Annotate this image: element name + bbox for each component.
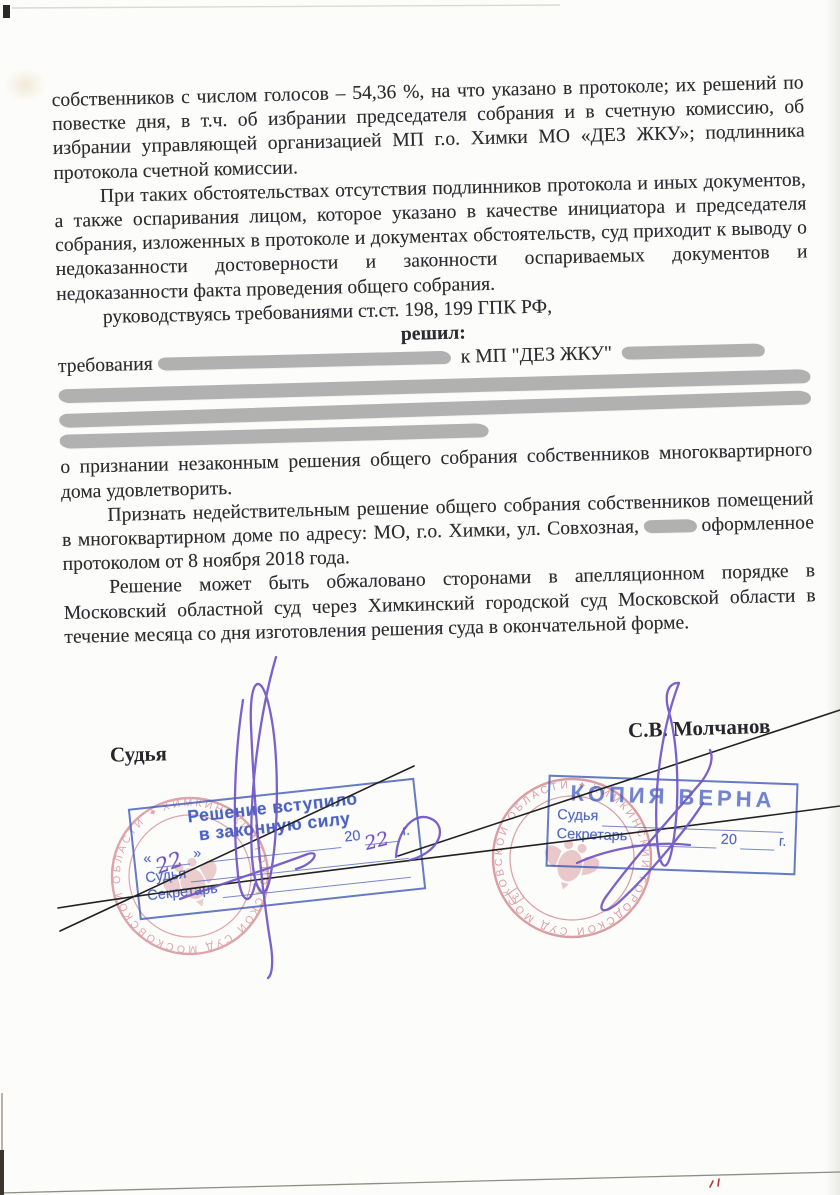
scan-paper-edge <box>0 1172 840 1193</box>
text-run: Решение может быть обжаловано сторонами … <box>64 561 816 648</box>
scan-smudge <box>4 68 46 102</box>
p-circumstances: При таких обстоятельствах отсутствия под… <box>54 168 809 307</box>
svg-text:3: 3 <box>510 891 521 901</box>
year-suffix: г. <box>779 833 787 851</box>
handwritten-year: 22 <box>363 830 391 853</box>
redaction-bar <box>158 351 451 371</box>
text-run: решил: <box>401 322 466 345</box>
seal-badge: 3 <box>508 888 524 904</box>
redaction-bar <box>60 424 489 450</box>
scan-red-specks <box>710 1179 719 1187</box>
year-prefix: 20 <box>720 831 737 849</box>
scan-top-line <box>12 5 560 8</box>
scan-corner-mark <box>3 5 10 18</box>
stamp-entry-into-force: Решение вступило в законную силу « 22 » … <box>128 778 426 920</box>
redaction-bar <box>622 344 765 360</box>
document-body: собственников с числом голосов – 54,36 %… <box>51 71 816 650</box>
p-claims: требования к МП "ДЕЗ ЖКУ" о признании не… <box>58 338 813 505</box>
quote-close: » <box>192 845 202 863</box>
text-run: требования <box>58 354 153 377</box>
stamp-judge-label: Судья <box>557 807 599 826</box>
p-protocol-continuation: собственников с числом голосов – 54,36 %… <box>51 71 805 186</box>
year-prefix: 20 <box>344 828 362 847</box>
judge-name: С.В. Молчанов <box>628 714 771 743</box>
stamp-secretary-label: Секретарь <box>556 825 627 845</box>
redaction-bar <box>644 519 697 533</box>
year-suffix: г. <box>401 823 410 841</box>
text-run: к МП "ДЕЗ ЖКУ" <box>456 343 618 368</box>
judge-label: Судья <box>110 741 167 767</box>
quote-open: « <box>142 851 152 869</box>
scanned-court-decision-page: собственников с числом голосов – 54,36 %… <box>0 0 840 1195</box>
stamp-copy-correct: КОПИЯ ВЕРНА Судья Секретарь 20 г. <box>545 775 798 876</box>
text-run: При таких обстоятельствах отсутствия под… <box>54 169 807 304</box>
text-run: собственников с числом голосов – 54,36 %… <box>51 72 804 183</box>
scan-edge-bar <box>0 1150 4 1195</box>
scan-edge-bar-light <box>1 1093 3 1150</box>
